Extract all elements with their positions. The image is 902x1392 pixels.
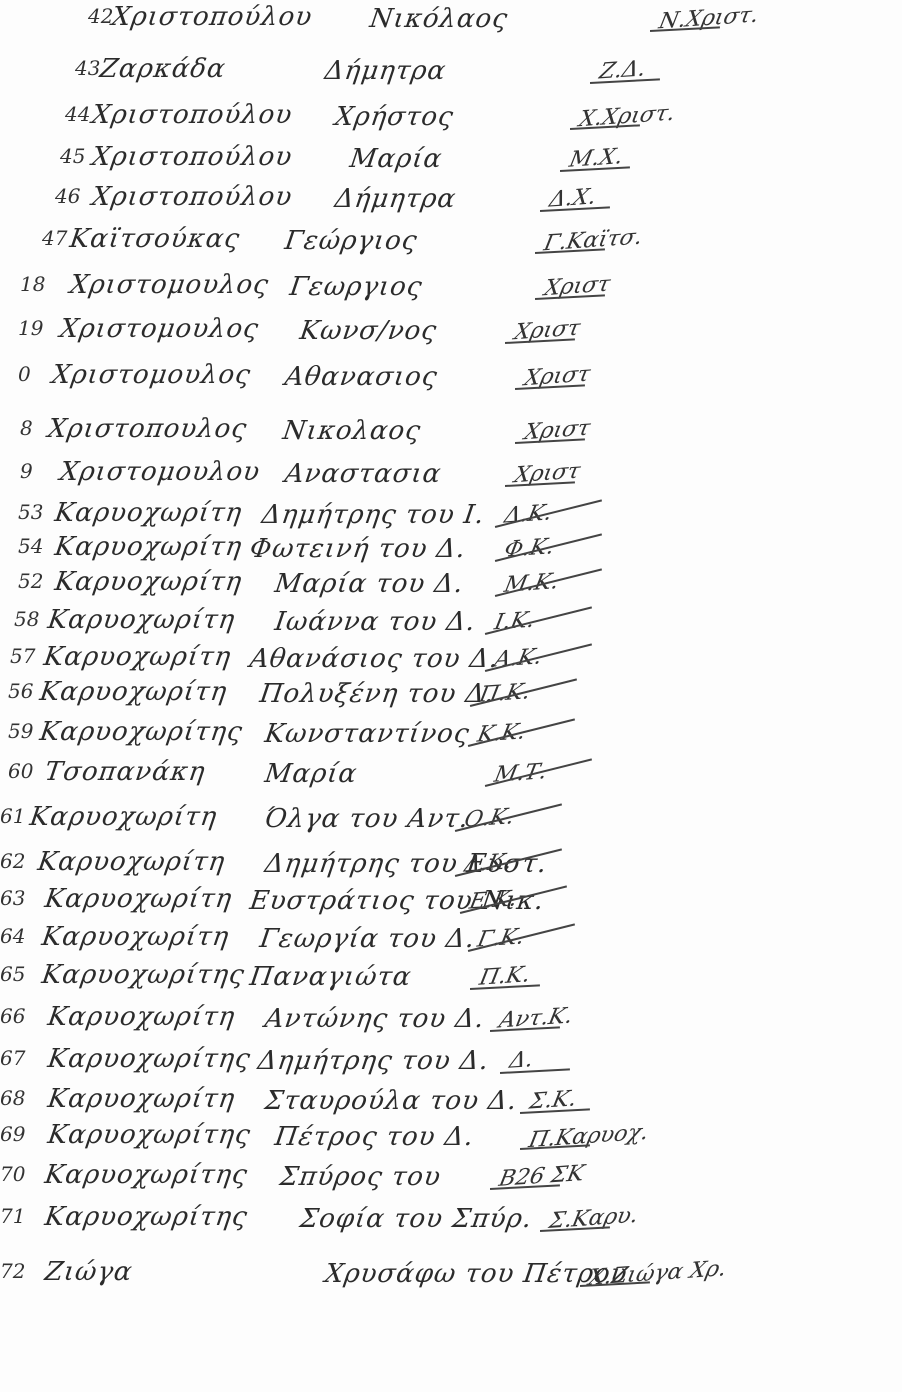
entry-surname: Καρυοχωρίτη — [43, 884, 234, 914]
entry-surname: Χριστοπούλου — [90, 182, 294, 212]
entry-number: 8 — [20, 416, 33, 440]
list-entry: 42ΧριστοπούλουΝικόλαοςΝ.Χριστ. — [0, 0, 902, 40]
entry-given-name: Σοφία του Σπύρ. — [298, 1204, 534, 1234]
list-entry: 61ΚαρυοχωρίτηΌλγα του Αντ.Ο.Κ. — [0, 800, 902, 840]
entry-surname: Καρυοχωρίτη — [46, 605, 237, 635]
list-entry: 0ΧριστομουλοςΑθανασιοςΧριστ — [0, 358, 902, 398]
entry-given-name: Δήμητρα — [333, 184, 458, 214]
signature: Ο.Κ. — [462, 804, 516, 832]
entry-surname: Καρυοχωρίτη — [40, 922, 231, 952]
entry-given-name: Ιωάννα του Δ. — [273, 607, 478, 637]
list-entry: 67ΚαρυοχωρίτηςΔημήτρης του Δ.Δ. — [0, 1042, 902, 1082]
entry-surname: Τσοπανάκη — [43, 757, 208, 787]
entry-number: 60 — [8, 759, 33, 783]
entry-number: 54 — [18, 534, 43, 558]
list-entry: 45ΧριστοπούλουΜαρίαΜ.Χ. — [0, 140, 902, 180]
entry-given-name: Πολυξένη του Δ. — [258, 679, 497, 709]
list-entry: 57ΚαρυοχωρίτηΑθανάσιος του Δ.Α.Κ. — [0, 640, 902, 680]
entry-surname: Χριστοπούλου — [90, 100, 294, 130]
list-entry: 63ΚαρυοχωρίτηΕυστράτιος του Νικ.Ε.Κ. — [0, 882, 902, 922]
entry-given-name: Μαρία — [348, 144, 444, 174]
entry-number: 46 — [55, 184, 80, 208]
entry-surname: Ζαρκάδα — [98, 54, 228, 84]
entry-number: 58 — [14, 607, 39, 631]
entry-given-name: Γεωργιος — [288, 272, 425, 302]
entry-number: 0 — [18, 362, 31, 386]
list-entry: 8ΧριστοπουλοςΝικολαοςΧριστ — [0, 412, 902, 452]
list-entry: 18ΧριστομουλοςΓεωργιοςΧριστ — [0, 268, 902, 308]
list-entry: 47ΚαϊτσούκαςΓεώργιοςΓ.Καϊτσ. — [0, 222, 902, 262]
entry-surname: Καρυοχωρίτης — [46, 1044, 253, 1074]
entry-number: 52 — [18, 569, 43, 593]
list-entry: 62ΚαρυοχωρίτηΔημήτρης του Ευστ.Δ.Κ. — [0, 845, 902, 885]
entry-surname: Χριστοπουλος — [46, 414, 249, 444]
entry-given-name: Σταυρούλα του Δ. — [263, 1086, 520, 1116]
list-entry: 60ΤσοπανάκηΜαρίαΜ.Τ. — [0, 755, 902, 795]
entry-number: 64 — [0, 924, 25, 948]
scanned-document-page: 42ΧριστοπούλουΝικόλαοςΝ.Χριστ.43ΖαρκάδαΔ… — [0, 0, 902, 1392]
entry-number: 19 — [18, 316, 43, 340]
entry-given-name: Κωνσταντίνος — [263, 719, 472, 749]
entry-surname: Χριστομουλος — [68, 270, 271, 300]
entry-number: 63 — [0, 886, 25, 910]
entry-given-name: Δημήτρης του Ι. — [260, 500, 487, 530]
entry-given-name: Παναγιώτα — [248, 962, 414, 992]
entry-number: 67 — [0, 1046, 25, 1070]
entry-given-name: Γεώργιος — [283, 226, 420, 256]
list-entry: 59ΚαρυοχωρίτηςΚωνσταντίνοςΚ.Κ. — [0, 715, 902, 755]
entry-surname: Ζιώγα — [43, 1257, 135, 1287]
entry-surname: Καρυοχωρίτη — [38, 677, 229, 707]
list-entry: 66ΚαρυοχωρίτηΑντώνης του Δ.Αντ.Κ. — [0, 1000, 902, 1040]
list-entry: 56ΚαρυοχωρίτηΠολυξένη του Δ.Π.Κ. — [0, 675, 902, 715]
entry-number: 43 — [75, 56, 100, 80]
entry-given-name: Χρήστος — [333, 102, 456, 132]
entry-surname: Καρυοχωρίτη — [46, 1084, 237, 1114]
entry-given-name: Αναστασια — [283, 459, 444, 489]
entry-given-name: Φωτεινή του Δ. — [248, 534, 468, 564]
entry-surname: Χριστοπούλου — [110, 2, 314, 32]
entry-surname: Χριστομουλος — [50, 360, 253, 390]
entry-surname: Καρυοχωρίτη — [53, 567, 244, 597]
entry-number: 66 — [0, 1004, 25, 1028]
list-entry: 71ΚαρυοχωρίτηςΣοφία του Σπύρ.Σ.Καρυ. — [0, 1200, 902, 1240]
entry-given-name: Σπύρος του — [278, 1162, 443, 1192]
list-entry: 58ΚαρυοχωρίτηΙωάννα του Δ.Ι.Κ. — [0, 603, 902, 643]
entry-number: 61 — [0, 804, 25, 828]
entry-number: 47 — [42, 226, 67, 250]
signature: Μ.Κ. — [502, 569, 561, 598]
list-entry: 64ΚαρυοχωρίτηΓεωργία του Δ.Γ.Κ. — [0, 920, 902, 960]
entry-given-name: Δημήτρης του Δ. — [256, 1046, 491, 1076]
entry-surname: Καρυοχωρίτης — [38, 717, 245, 747]
entry-number: 71 — [0, 1204, 25, 1228]
entry-number: 45 — [60, 144, 85, 168]
list-entry: 65ΚαρυοχωρίτηςΠαναγιώταΠ.Κ. — [0, 958, 902, 998]
entry-number: 44 — [65, 102, 90, 126]
entry-given-name: Νικολαος — [281, 416, 423, 446]
entry-number: 72 — [0, 1259, 25, 1283]
entry-number: 70 — [0, 1162, 25, 1186]
entry-surname: Καρυοχωρίτης — [46, 1120, 253, 1150]
entry-surname: Καρυοχωρίτη — [36, 847, 227, 877]
entry-number: 53 — [18, 500, 43, 524]
entry-given-name: Μαρία του Δ. — [273, 569, 466, 599]
entry-number: 68 — [0, 1086, 25, 1110]
entry-given-name: Μαρία — [263, 759, 359, 789]
entry-number: 65 — [0, 962, 25, 986]
entry-surname: Καρυοχωρίτη — [53, 532, 244, 562]
entry-surname: Καρυοχωρίτη — [46, 1002, 237, 1032]
entry-surname: Καρυοχωρίτη — [42, 642, 233, 672]
entry-given-name: Δήμητρα — [323, 56, 448, 86]
list-entry: 46ΧριστοπούλουΔήμητραΔ.Χ. — [0, 180, 902, 220]
list-entry: 9ΧριστομουλουΑναστασιαΧριστ — [0, 455, 902, 495]
entry-given-name: Νικόλαος — [368, 4, 510, 34]
entry-number: 42 — [88, 4, 113, 28]
entry-given-name: Όλγα του Αντ. — [263, 804, 471, 834]
signature: Π.Κ. — [477, 679, 532, 707]
signature: Μ.Τ. — [492, 759, 549, 788]
entry-surname: Χριστομουλου — [58, 457, 262, 487]
entry-number: 57 — [10, 644, 35, 668]
entry-surname: Καρυοχωρίτης — [43, 1202, 250, 1232]
entry-surname: Χριστοπούλου — [90, 142, 294, 172]
entry-given-name: Γεωργία του Δ. — [258, 924, 477, 954]
entry-surname: Καρυοχωρίτη — [53, 498, 244, 528]
entry-given-name: Κωνσ/νος — [298, 316, 439, 346]
list-entry: 70ΚαρυοχωρίτηςΣπύρος τουΒ26 ΣΚ — [0, 1158, 902, 1198]
entry-given-name: Αθανασιος — [283, 362, 440, 392]
entry-number: 62 — [0, 849, 25, 873]
entry-surname: Καρυοχωρίτης — [43, 1160, 250, 1190]
entry-number: 56 — [8, 679, 33, 703]
list-entry: 19ΧριστομουλοςΚωνσ/νοςΧριστ — [0, 312, 902, 352]
entry-given-name: Πέτρος του Δ. — [273, 1122, 476, 1152]
entry-number: 59 — [8, 719, 33, 743]
list-entry: 68ΚαρυοχωρίτηΣταυρούλα του Δ.Σ.Κ. — [0, 1082, 902, 1122]
list-entry: 43ΖαρκάδαΔήμητραΖ.Δ. — [0, 52, 902, 92]
entry-surname: Καρυοχωρίτης — [40, 960, 247, 990]
entry-number: 69 — [0, 1122, 25, 1146]
list-entry: 52ΚαρυοχωρίτηΜαρία του Δ.Μ.Κ. — [0, 565, 902, 605]
entry-given-name: Αθανάσιος του Δ. — [248, 644, 501, 674]
entry-number: 18 — [20, 272, 45, 296]
entry-given-name: Αντώνης του Δ. — [263, 1004, 487, 1034]
entry-surname: Καρυοχωρίτη — [28, 802, 219, 832]
list-entry: 54ΚαρυοχωρίτηΦωτεινή του Δ.Φ.Κ. — [0, 530, 902, 570]
signature: Φ.Κ. — [502, 534, 556, 562]
list-entry: 72ΖιώγαΧρυσάφω του ΠέτρουΧ.Ζιώγα Χρ. — [0, 1255, 902, 1295]
entry-surname: Χριστομουλος — [58, 314, 261, 344]
list-entry: 69ΚαρυοχωρίτηςΠέτρος του Δ.Π.Καρυοχ. — [0, 1118, 902, 1158]
entry-number: 9 — [20, 459, 33, 483]
list-entry: 44ΧριστοπούλουΧρήστοςΧ.Χριστ. — [0, 98, 902, 138]
entry-surname: Καϊτσούκας — [68, 224, 242, 254]
